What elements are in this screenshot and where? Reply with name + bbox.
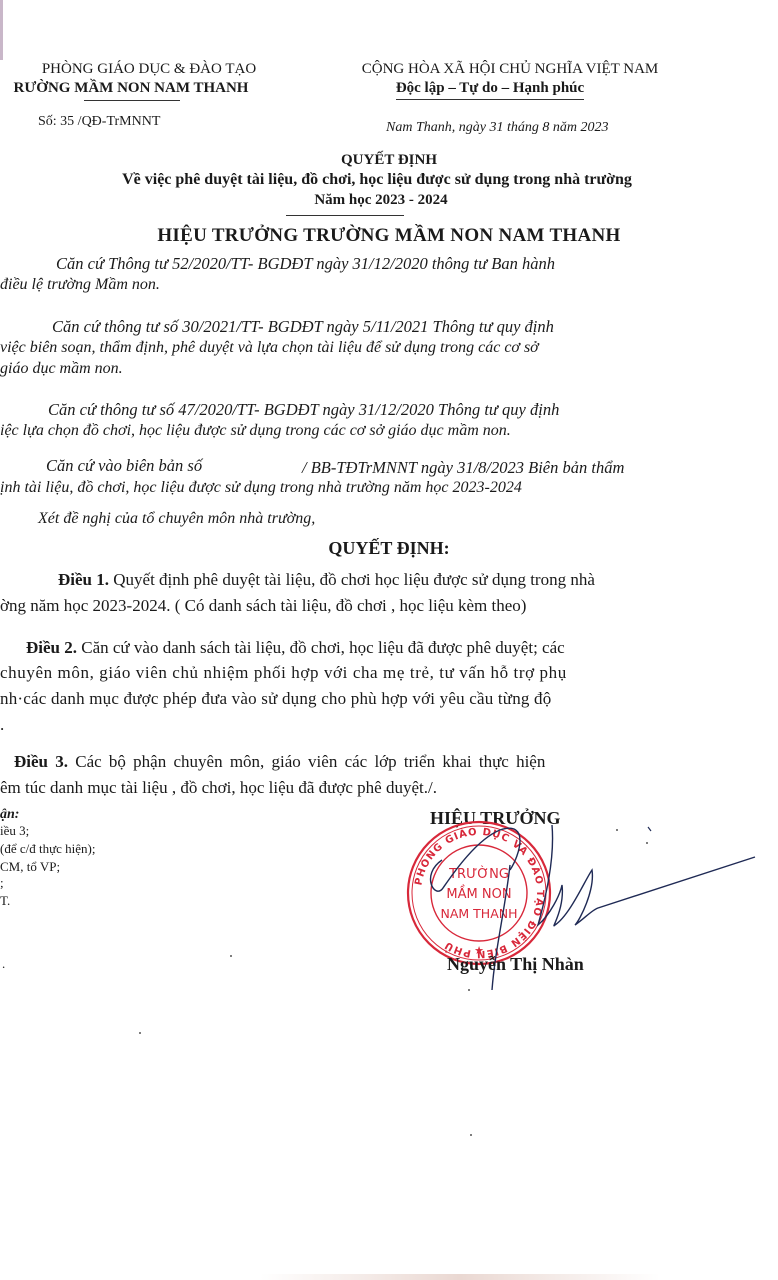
scanned-document-page: PHÒNG GIÁO DỤC & ĐÀO TẠO RƯỜNG MẦM NON N… xyxy=(0,0,778,1280)
article-1-line-1: Quyết định phê duyệt tài liệu, đồ chơi h… xyxy=(109,570,595,589)
signatory-name: Nguyễn Thị Nhàn xyxy=(447,954,584,975)
preamble-3-line-1: Căn cứ thông tư số 47/2020/TT- BGDĐT ngà… xyxy=(48,400,559,420)
article-1-label: Điều 1. xyxy=(58,570,109,589)
article-1: Điều 1. Quyết định phê duyệt tài liệu, đ… xyxy=(58,570,595,590)
org-line-2: RƯỜNG MẦM NON NAM THANH xyxy=(0,79,290,98)
article-2-line-2: chuyên môn, giáo viên chủ nhiệm phối hợp… xyxy=(0,663,567,683)
preamble-5-line-1: Xét đề nghị của tổ chuyên môn nhà trường… xyxy=(38,510,315,528)
place-date: Nam Thanh, ngày 31 tháng 8 năm 2023 xyxy=(386,120,608,136)
document-number: Số: 35 /QĐ-TrMNNT xyxy=(38,114,160,130)
article-2-line-3: nh·các danh mục được phép đưa vào sử dụn… xyxy=(0,689,551,709)
nation-line-2: Độc lập – Tự do – Hạnh phúc xyxy=(396,79,584,100)
preamble-3-line-2: iệc lựa chọn đồ chơi, học liệu được sử d… xyxy=(0,422,511,440)
preamble-1-line-1: Căn cứ Thông tư 52/2020/TT- BGDĐT ngày 3… xyxy=(56,254,555,274)
preamble-1-line-2: điều lệ trường Mầm non. xyxy=(0,276,160,294)
recipient-item: T. xyxy=(0,892,10,909)
article-2-line-4: . xyxy=(0,715,4,735)
preamble-4-line-1a: Căn cứ vào biên bản số xyxy=(46,456,202,476)
article-3: Điều 3. Các bộ phận chuyên môn, giáo viê… xyxy=(14,752,545,772)
recipient-item: (để c/đ thực hiện); xyxy=(0,840,95,857)
school-year-underline xyxy=(286,215,404,216)
scan-speck xyxy=(230,955,232,957)
preamble-2-line-1: Căn cứ thông tư số 30/2021/TT- BGDĐT ngà… xyxy=(52,317,554,337)
article-3-line-1: Các bộ phận chuyên môn, giáo viên các lớ… xyxy=(68,752,545,771)
org-underline xyxy=(84,100,180,101)
decision-heading: QUYẾT ĐỊNH: xyxy=(0,538,778,559)
official-stamp: PHÒNG GIÁO DỤC VÀ ĐÀO TẠO ĐIỆN BIÊN PHỦ … xyxy=(404,818,554,968)
scan-speck xyxy=(616,829,618,831)
recipient-item: CM, tổ VP; xyxy=(0,858,60,875)
recipient-item: iều 3; xyxy=(0,822,29,839)
stamp-line-2: MẦM NON xyxy=(446,885,511,902)
stamp-line-3: NAM THANH xyxy=(441,906,518,921)
recipient-item: ; xyxy=(0,874,4,891)
article-2: Điều 2. Căn cứ vào danh sách tài liệu, đ… xyxy=(26,638,565,658)
preamble-4-line-1b: / BB-TĐTrMNNT ngày 31/8/2023 Biên bản th… xyxy=(302,458,624,478)
scan-speck xyxy=(470,1134,472,1136)
preamble-2-line-3: giáo dục mầm non. xyxy=(0,360,123,378)
preamble-4-line-2: ịnh tài liệu, đồ chơi, học liệu được sử … xyxy=(0,479,522,497)
scan-speck xyxy=(139,1032,141,1034)
stamp-line-1: TRƯỜNG xyxy=(448,866,509,882)
org-line-1: PHÒNG GIÁO DỤC & ĐÀO TẠO xyxy=(8,60,290,79)
issuing-authority: HIỆU TRƯỞNG TRƯỜNG MẦM NON NAM THANH xyxy=(0,225,778,247)
national-motto: CỘNG HÒA XÃ HỘI CHỦ NGHĨA VIỆT NAM Độc l… xyxy=(290,60,730,100)
article-3-label: Điều 3. xyxy=(14,752,68,771)
scan-speck xyxy=(646,842,648,844)
document-type-heading: QUYẾT ĐỊNH xyxy=(0,152,778,169)
recipient-item: . xyxy=(2,955,5,972)
issuing-organization: PHÒNG GIÁO DỤC & ĐÀO TẠO RƯỜNG MẦM NON N… xyxy=(0,60,290,98)
article-2-line-1: Căn cứ vào danh sách tài liệu, đồ chơi, … xyxy=(77,638,565,657)
article-2-label: Điều 2. xyxy=(26,638,77,657)
article-3-line-2: êm túc danh mục tài liệu , đồ chơi, học … xyxy=(0,778,437,798)
recipients-title: ận: xyxy=(0,806,19,823)
scan-smudge xyxy=(260,1274,660,1280)
document-subject: Về việc phê duyệt tài liệu, đồ chơi, học… xyxy=(0,171,766,189)
scan-speck xyxy=(468,989,470,991)
nation-line-1: CỘNG HÒA XÃ HỘI CHỦ NGHĨA VIỆT NAM xyxy=(290,60,730,79)
preamble-2-line-2: việc biên soạn, thẩm định, phê duyệt và … xyxy=(0,339,539,357)
article-1-line-2: ờng năm học 2023-2024. ( Có danh sách tà… xyxy=(0,596,526,616)
scan-edge xyxy=(0,0,3,60)
school-year: Năm học 2023 - 2024 xyxy=(0,192,770,209)
